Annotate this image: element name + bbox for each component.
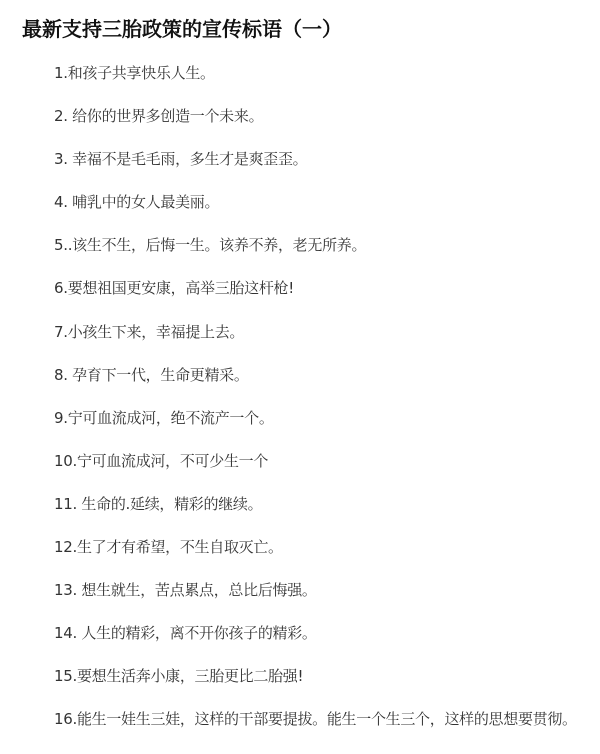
slogan-list: 1.和孩子共享快乐人生。 2. 给你的世界多创造一个未来。 3. 幸福不是毛毛雨… — [54, 62, 577, 752]
slogan-item: 5..该生不生，后悔一生。该养不养，老无所养。 — [54, 234, 577, 277]
slogan-item: 8. 孕育下一代，生命更精采。 — [54, 364, 577, 407]
slogan-item: 15.要想生活奔小康，三胎更比二胎强! — [54, 665, 577, 708]
slogan-item: 7.小孩生下来，幸福提上去。 — [54, 321, 577, 364]
slogan-item: 6.要想祖国更安康，高举三胎这杆枪! — [54, 277, 577, 320]
article-title: 最新支持三胎政策的宣传标语（一） — [22, 14, 342, 44]
slogan-item: 13. 想生就生，苦点累点，总比后悔强。 — [54, 579, 577, 622]
slogan-item: 16.能生一娃生三娃，这样的干部要提拔。能生一个生三个，这样的思想要贯彻。 — [54, 708, 577, 751]
slogan-item: 1.和孩子共享快乐人生。 — [54, 62, 577, 105]
slogan-item: 10.宁可血流成河，不可少生一个 — [54, 450, 577, 493]
slogan-item: 11. 生命的.延续，精彩的继续。 — [54, 493, 577, 536]
slogan-item: 2. 给你的世界多创造一个未来。 — [54, 105, 577, 148]
slogan-item: 9.宁可血流成河，绝不流产一个。 — [54, 407, 577, 450]
slogan-item: 12.生了才有希望，不生自取灭亡。 — [54, 536, 577, 579]
slogan-item: 14. 人生的精彩，离不开你孩子的精彩。 — [54, 622, 577, 665]
slogan-item: 4. 哺乳中的女人最美丽。 — [54, 191, 577, 234]
slogan-item: 3. 幸福不是毛毛雨，多生才是爽歪歪。 — [54, 148, 577, 191]
